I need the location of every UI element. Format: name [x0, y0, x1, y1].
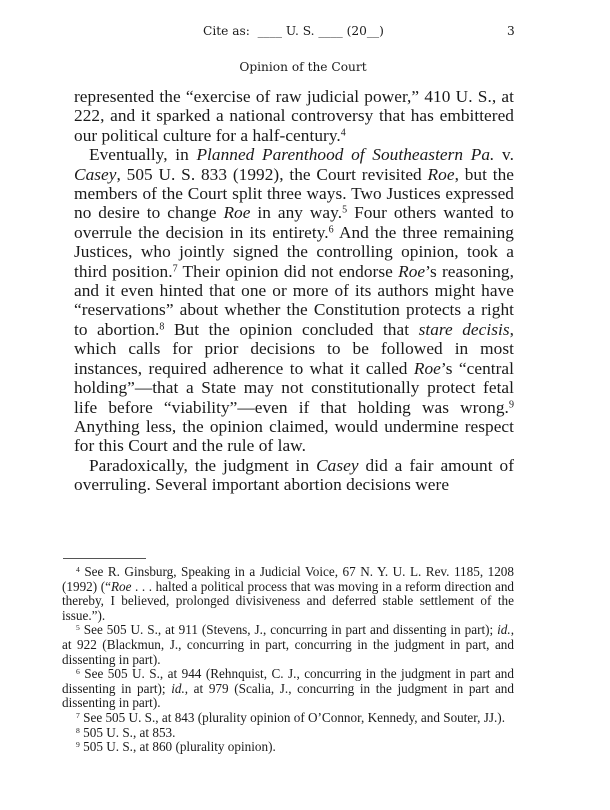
footnote-ref: 6 [329, 224, 334, 235]
italic-text: id. [171, 681, 185, 696]
footnote: 6 See 505 U. S., at 944 (Rehnquist, C. J… [62, 667, 514, 711]
footnote: 5 See 505 U. S., at 911 (Stevens, J., co… [62, 623, 514, 667]
footnote-number: 4 [76, 565, 80, 574]
italic-text: Planned Parenthood of Southeastern Pa. [196, 145, 494, 164]
opinion-body: represented the “exercise of raw judicia… [74, 87, 514, 495]
document-page: Cite as: ____ U. S. ____ (20__) 3 Opinio… [0, 0, 610, 810]
footnote-number: 6 [76, 667, 80, 676]
italic-text: Roe [398, 262, 425, 281]
section-title: Opinion of the Court [239, 60, 366, 74]
italic-text: id. [497, 622, 511, 637]
paragraph: Paradoxically, the judgment in Casey did… [74, 456, 514, 495]
footnote-ref: 5 [342, 205, 347, 216]
italic-text: Roe [111, 579, 132, 594]
italic-text: Roe [428, 165, 455, 184]
citation-line: Cite as: ____ U. S. ____ (20__) [203, 24, 384, 38]
italic-text: Casey [74, 165, 116, 184]
paragraph: represented the “exercise of raw judicia… [74, 87, 514, 145]
footnote-ref: 8 [159, 321, 164, 332]
footnotes: 4 See R. Ginsburg, Speaking in a Judicia… [62, 565, 514, 755]
footnote-ref: 4 [341, 127, 346, 138]
paragraph: Eventually, in Planned Parenthood of Sou… [74, 145, 514, 456]
footnote-ref: 9 [509, 399, 514, 410]
italic-text: Roe [414, 359, 441, 378]
footnote-number: 9 [76, 740, 80, 749]
page-number: 3 [507, 24, 515, 38]
footnote: 7 See 505 U. S., at 843 (plurality opini… [62, 711, 514, 726]
italic-text: stare decisis [419, 320, 510, 339]
footnote-divider [63, 558, 146, 559]
footnote: 8 505 U. S., at 853. [62, 726, 514, 741]
italic-text: Roe [223, 203, 250, 222]
footnote-number: 5 [76, 623, 80, 632]
footnote-ref: 7 [173, 263, 178, 274]
footnote: 9 505 U. S., at 860 (plurality opinion). [62, 740, 514, 755]
footnote-number: 7 [76, 711, 80, 720]
footnote: 4 See R. Ginsburg, Speaking in a Judicia… [62, 565, 514, 623]
section-heading: Opinion of the Court [0, 60, 610, 74]
italic-text: Casey [316, 456, 358, 475]
footnote-number: 8 [76, 725, 80, 734]
